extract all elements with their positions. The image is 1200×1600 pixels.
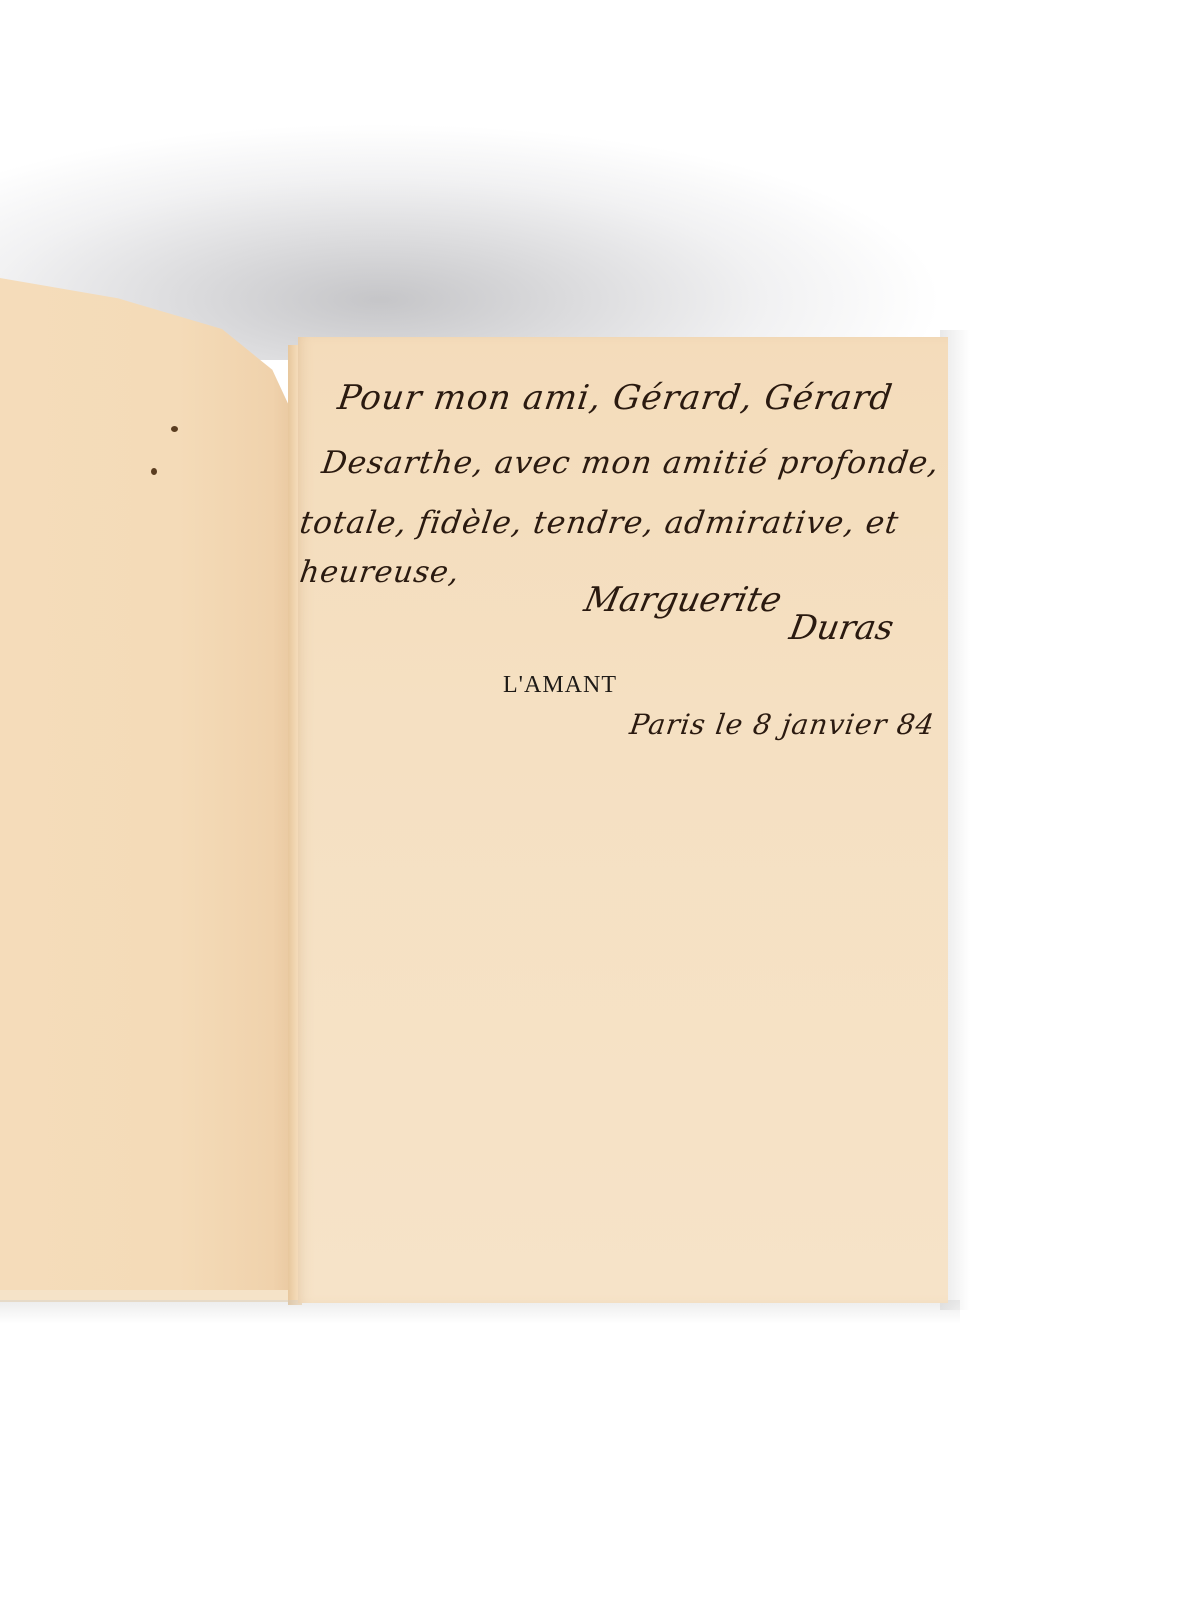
book-title: L'AMANT bbox=[503, 672, 617, 699]
left-page bbox=[0, 278, 296, 1298]
inscription-place-date: Paris le 8 janvier 84 bbox=[628, 708, 937, 741]
foxing-spot bbox=[171, 426, 178, 432]
signature-first-name: Marguerite bbox=[581, 580, 786, 620]
inscription-line-1: Pour mon ami, Gérard, Gérard bbox=[335, 378, 895, 418]
right-page bbox=[298, 337, 948, 1303]
open-book: Pour mon ami, Gérard, Gérard Desarthe, a… bbox=[0, 0, 1200, 1600]
inscription-line-3: totale, fidèle, tendre, admirative, et bbox=[297, 505, 901, 541]
signature-last-name: Duras bbox=[786, 608, 896, 648]
page-shadow-bottom bbox=[0, 1300, 960, 1324]
foxing-spot bbox=[151, 468, 157, 475]
inscription-line-2: Desarthe, avec mon amitié profonde, bbox=[319, 445, 941, 481]
inscription-line-4: heureuse, bbox=[298, 555, 462, 590]
